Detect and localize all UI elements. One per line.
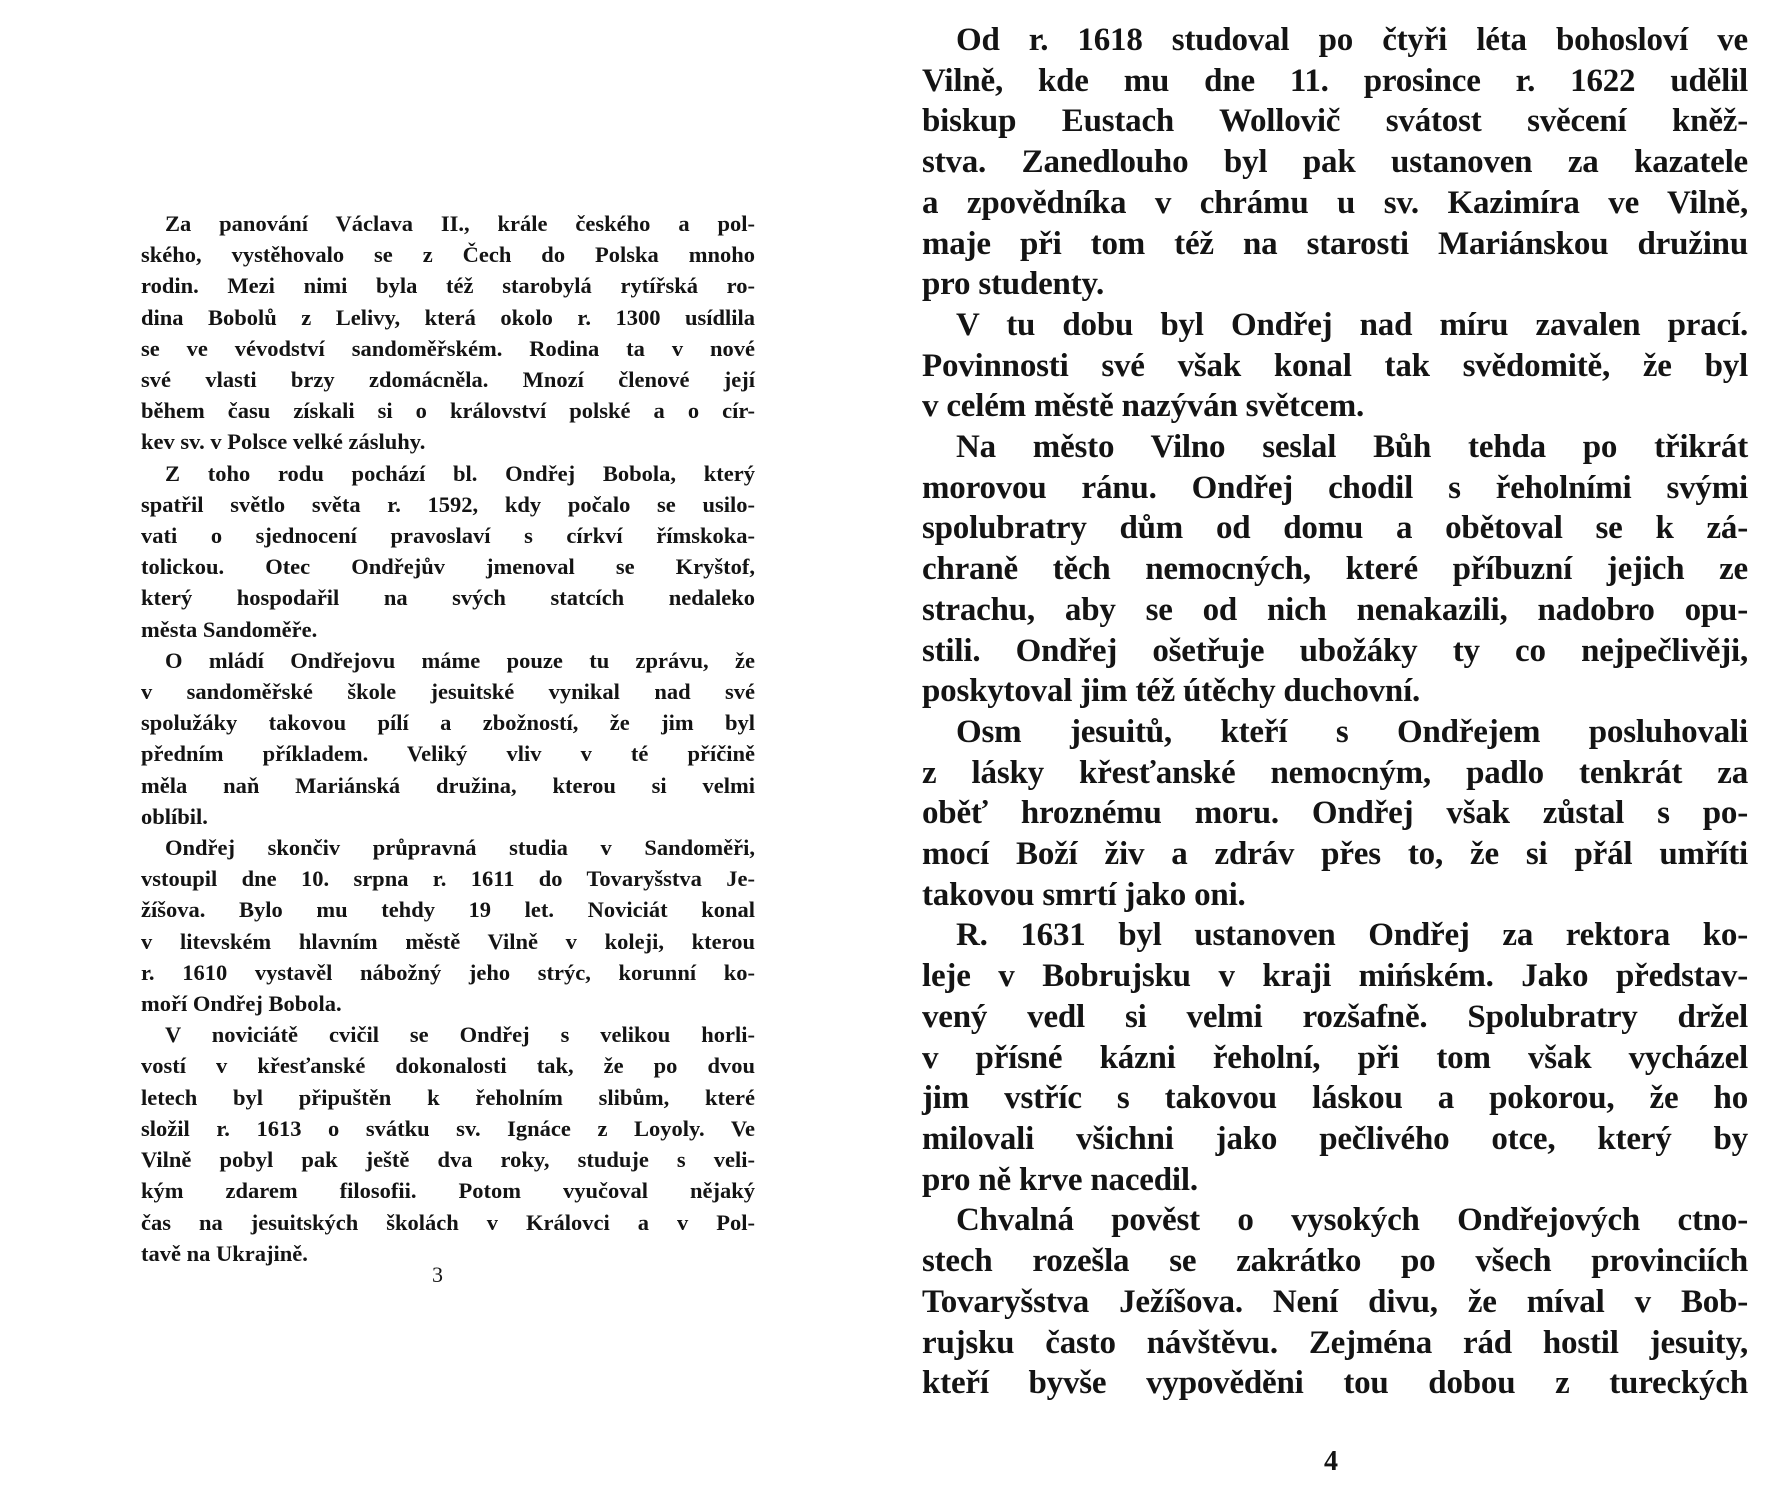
text-line: stech rozešla se zakrátko po všech provi… (922, 1241, 1748, 1282)
text-line: milovali všichni jako pečlivého otce, kt… (922, 1119, 1748, 1160)
text-line: Povinnosti své však konal tak svědomitě,… (922, 346, 1748, 387)
text-line: měla naň Mariánská družina, kterou si ve… (141, 770, 755, 801)
text-line: spolubratry dům od domu a obětoval se k … (922, 508, 1748, 549)
text-line: který hospodařil na svých statcích nedal… (141, 582, 755, 613)
text-line: Vilně, kde mu dne 11. prosince r. 1622 u… (922, 61, 1748, 102)
text-line: kteří byvše vypověděni tou dobou z turec… (922, 1363, 1748, 1404)
text-line: R. 1631 byl ustanoven Ondřej za rektora … (922, 915, 1748, 956)
text-line: Chvalná pověst o vysokých Ondřejových ct… (922, 1200, 1748, 1241)
text-line: V tu dobu byl Ondřej nad míru zavalen pr… (922, 305, 1748, 346)
text-line: z lásky křesťanské nemocným, padlo tenkr… (922, 753, 1748, 794)
text-line: jim vstříc s takovou láskou a pokorou, ž… (922, 1078, 1748, 1119)
text-line: Za panování Václava II., krále českého a… (141, 208, 755, 239)
text-line: chraně těch nemocných, které příbuzní je… (922, 549, 1748, 590)
right-page-text: Od r. 1618 studoval po čtyři léta bohosl… (922, 20, 1748, 1404)
text-line: V noviciátě cvičil se Ondřej s velikou h… (141, 1019, 755, 1050)
text-line: Na město Vilno seslal Bůh tehda po třikr… (922, 427, 1748, 468)
text-line: leje v Bobrujsku v kraji mińském. Jako p… (922, 956, 1748, 997)
text-line: ského, vystěhovalo se z Čech do Polska m… (141, 239, 755, 270)
text-line: v celém městě nazýván světcem. (922, 386, 1748, 427)
text-line: tolickou. Otec Ondřejův jmenoval se Kryš… (141, 551, 755, 582)
text-line: vstoupil dne 10. srpna r. 1611 do Tovary… (141, 863, 755, 894)
text-line: morovou ránu. Ondřej chodil s řeholními … (922, 468, 1748, 509)
text-line: Ondřej skončiv průpravná studia v Sandom… (141, 832, 755, 863)
text-line: čas na jesuitských školách v Královci a … (141, 1207, 755, 1238)
text-line: rujsku často návštěvu. Zejména rád hosti… (922, 1323, 1748, 1364)
text-line: rodin. Mezi nimi byla též starobylá rytí… (141, 270, 755, 301)
text-line: poskytoval jim též útěchy duchovní. (922, 671, 1748, 712)
text-line: v přísné kázni řeholní, při tom však vyc… (922, 1038, 1748, 1079)
text-line: své vlasti brzy zdomácněla. Mnozí členov… (141, 364, 755, 395)
left-page-number: 3 (432, 1262, 443, 1288)
text-line: O mládí Ondřejovu máme pouze tu zprávu, … (141, 645, 755, 676)
text-line: Od r. 1618 studoval po čtyři léta bohosl… (922, 20, 1748, 61)
text-line: kým zdarem filosofii. Potom vyučoval něj… (141, 1175, 755, 1206)
text-line: mocí Boží živ a zdráv přes to, že si přá… (922, 834, 1748, 875)
text-line: strachu, aby se od nich nenakazili, nado… (922, 590, 1748, 631)
text-line: stva. Zanedlouho byl pak ustanoven za ka… (922, 142, 1748, 183)
text-line: v litevském hlavním městě Vilně v koleji… (141, 926, 755, 957)
text-line: biskup Eustach Wollovič svátost svěcení … (922, 101, 1748, 142)
text-line: oběť hroznému moru. Ondřej však zůstal s… (922, 793, 1748, 834)
text-line: Z toho rodu pochází bl. Ondřej Bobola, k… (141, 458, 755, 489)
text-line: maje při tom též na starosti Mariánskou … (922, 224, 1748, 265)
text-line: složil r. 1613 o svátku sv. Ignáce z Loy… (141, 1113, 755, 1144)
text-line: Osm jesuitů, kteří s Ondřejem posluhoval… (922, 712, 1748, 753)
text-line: vený vedl si velmi rozšafně. Spolubratry… (922, 997, 1748, 1038)
text-line: Vilně pobyl pak ještě dva roky, studuje … (141, 1144, 755, 1175)
text-line: spatřil světlo světa r. 1592, kdy počalo… (141, 489, 755, 520)
text-line: moří Ondřej Bobola. (141, 988, 755, 1019)
text-line: takovou smrtí jako oni. (922, 875, 1748, 916)
text-line: v sandoměřské škole jesuitské vynikal na… (141, 676, 755, 707)
text-line: města Sandoměře. (141, 614, 755, 645)
text-line: vati o sjednocení pravoslaví s církví ří… (141, 520, 755, 551)
text-line: r. 1610 vystavěl nábožný jeho strýc, kor… (141, 957, 755, 988)
text-line: oblíbil. (141, 801, 755, 832)
text-line: se ve vévodství sandoměřském. Rodina ta … (141, 333, 755, 364)
text-line: stili. Ondřej ošetřuje ubožáky ty co nej… (922, 631, 1748, 672)
text-line: a zpovědníka v chrámu u sv. Kazimíra ve … (922, 183, 1748, 224)
text-line: během času získali si o království polsk… (141, 395, 755, 426)
text-line: letech byl připuštěn k řeholním slibům, … (141, 1082, 755, 1113)
text-line: dina Bobolů z Lelivy, která okolo r. 130… (141, 302, 755, 333)
text-line: Tovaryšstva Ježíšova. Není divu, že míva… (922, 1282, 1748, 1323)
left-page-text: Za panování Václava II., krále českého a… (141, 208, 755, 1269)
text-line: žíšova. Bylo mu tehdy 19 let. Noviciát k… (141, 894, 755, 925)
text-line: předním příkladem. Veliký vliv v té příč… (141, 738, 755, 769)
text-line: pro studenty. (922, 264, 1748, 305)
text-line: spolužáky takovou pílí a zbožností, že j… (141, 707, 755, 738)
text-line: kev sv. v Polsce velké zásluhy. (141, 426, 755, 457)
text-line: vostí v křesťanské dokonalosti tak, že p… (141, 1050, 755, 1081)
text-line: tavě na Ukrajině. (141, 1238, 755, 1269)
right-page-number: 4 (1324, 1446, 1338, 1478)
text-line: pro ně krve nacedil. (922, 1160, 1748, 1201)
